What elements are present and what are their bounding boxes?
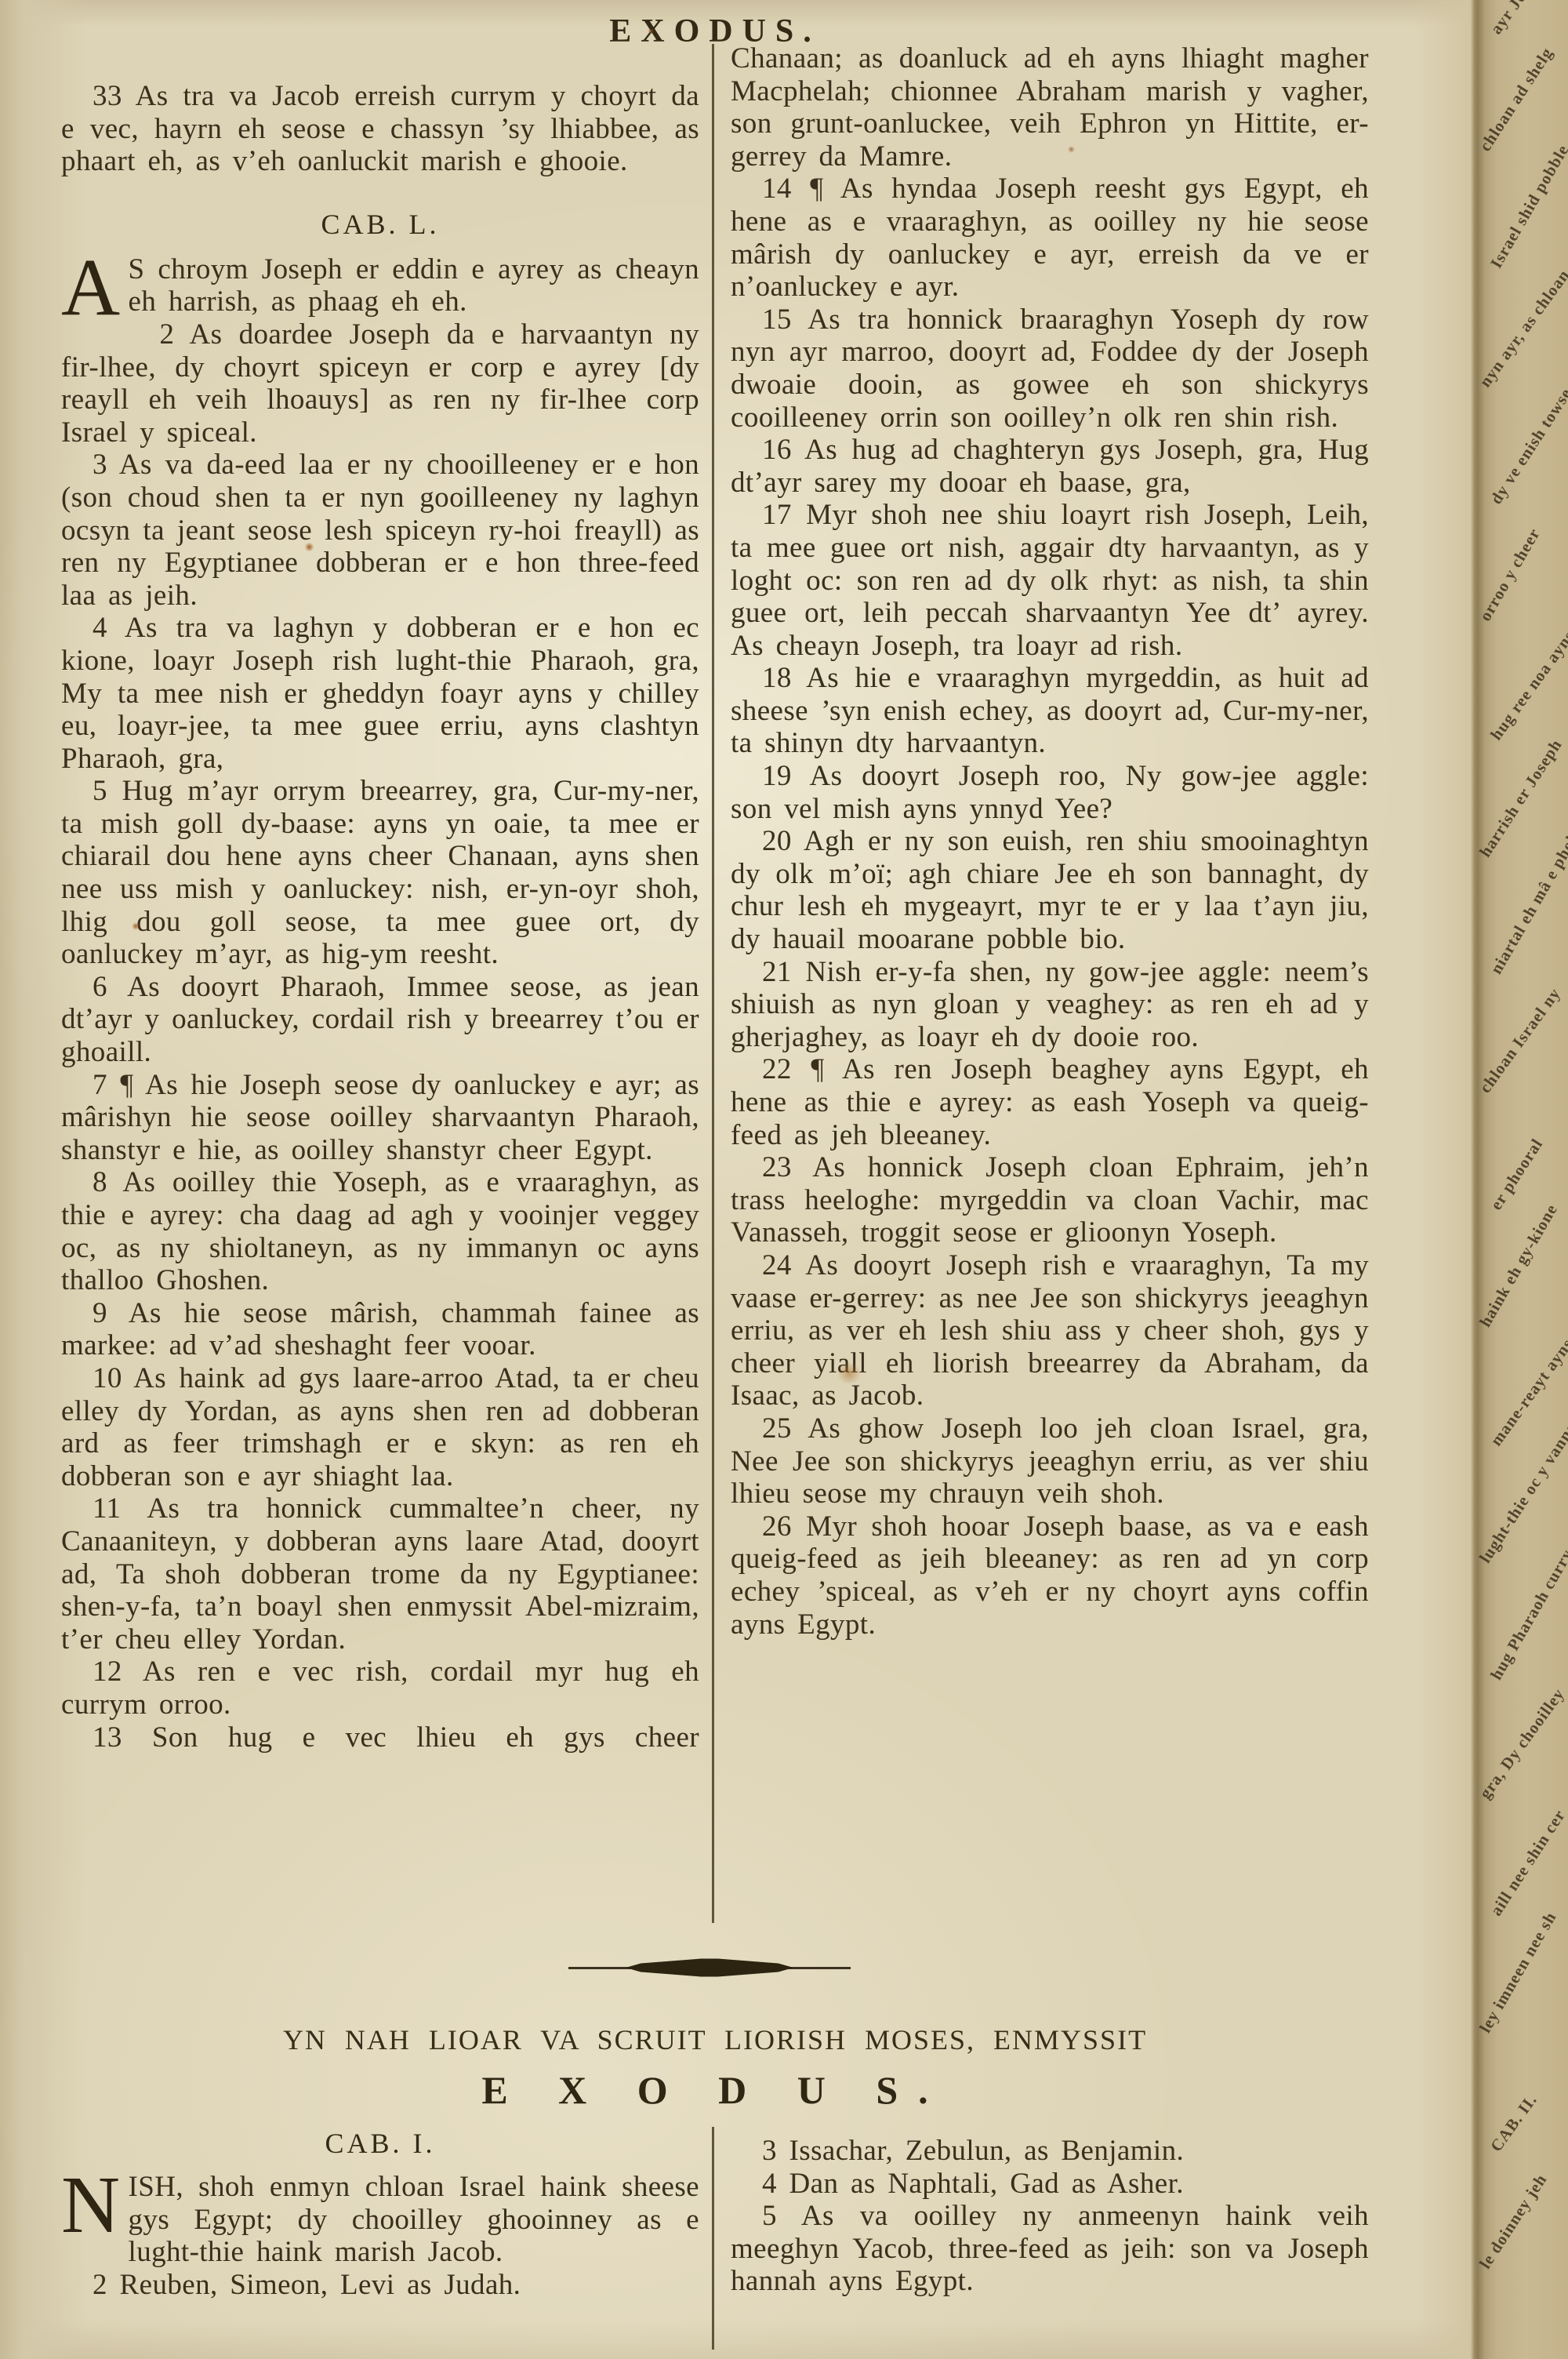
verse-paragraph: 10 As haink ad gys laare-arroo Atad, ta … (61, 1362, 699, 1492)
bottom-column-left: CAB. I.NISH, shoh enmyn chloan Israel ha… (61, 2127, 699, 2354)
next-page-edge: ayr Joseph ychloan ad shelgIsrael shid p… (1471, 0, 1568, 2359)
verse-paragraph: 25 As ghow Joseph loo jeh cloan Israel, … (731, 1412, 1369, 1510)
verse-paragraph: 15 As tra honnick braaraghyn Yoseph dy r… (731, 304, 1369, 434)
book-title: E X O D U S. (61, 2067, 1369, 2113)
verse-paragraph: 26 Myr shoh hooar Joseph baase, as va e … (731, 1510, 1369, 1641)
verse-paragraph: 13 Son hug e vec lhieu eh gys cheer (61, 1721, 699, 1754)
column-divider-rule (712, 44, 714, 1923)
verse-paragraph: 33 As tra va Jacob erreish currym y choy… (61, 80, 699, 178)
book-intro-line: YN NAH LIOAR VA SCRUIT LIORISH MOSES, EN… (61, 2023, 1369, 2056)
verse-paragraph: 6 As dooyrt Pharaoh, Immee seose, as jea… (61, 971, 699, 1069)
next-page-text-fragment: nyn ayr, as chloan ad (1475, 246, 1568, 391)
next-page-text-fragment: chloan Israel ny (1475, 984, 1565, 1097)
next-page-text-fragment: hug Pharaoh curry (1486, 1546, 1568, 1684)
verse-paragraph: 18 As hie e vraaraghyn myrgeddin, as hui… (731, 662, 1369, 760)
verse-paragraph: 16 As hug ad chaghteryn gys Joseph, gra,… (731, 434, 1369, 499)
verse-paragraph: 8 As ooilley thie Yoseph, as e vraaraghy… (61, 1166, 699, 1296)
verse-paragraph: 20 Agh er ny son euish, ren shiu smooina… (731, 825, 1369, 955)
verse-paragraph: 23 As honnick Joseph cloan Ephraim, jeh’… (731, 1151, 1369, 1249)
verse-paragraph: 21 Nish er-y-fa shen, ny gow-jee aggle: … (731, 956, 1369, 1054)
verse-paragraph: 3 As va da-eed laa er ny chooilleeney er… (61, 449, 699, 612)
verse-paragraph: 24 As dooyrt Joseph rish e vraaraghyn, T… (731, 1249, 1369, 1412)
bottom-column-divider-rule (712, 2127, 714, 2350)
next-page-text-fragment: haink eh gy-kione (1475, 1201, 1562, 1331)
verse-paragraph: 2 As doardee Joseph da e harvaantyn ny f… (61, 318, 699, 449)
verse-paragraph: 9 As hie seose mârish, chammah fainee as… (61, 1297, 699, 1362)
next-page-text-fragment: dy ve enish towse (1486, 384, 1568, 508)
chapter-heading: CAB. I. (61, 2127, 699, 2160)
next-page-text-fragment: mane-reayt ayns ny (1486, 1315, 1568, 1449)
verse-paragraph: 7 ¶ As hie Joseph seose dy oanluckey e a… (61, 1069, 699, 1167)
next-page-text-fragment: ayr Joseph y (1486, 0, 1560, 38)
verse-paragraph: 19 As dooyrt Joseph roo, Ny gow-jee aggl… (731, 760, 1369, 825)
verse-paragraph: 11 As tra honnick cummaltee’n cheer, ny … (61, 1492, 699, 1656)
verse-paragraph: AS chroym Joseph er eddin e ayrey as che… (61, 253, 699, 318)
verse-paragraph: Chanaan; as doanluck ad eh ayns lhiaght … (731, 42, 1369, 173)
section-divider-ornament (568, 1957, 851, 1978)
drop-cap-initial: A (61, 256, 121, 319)
verse-paragraph: 14 ¶ As hyndaa Joseph reesht gys Egypt, … (731, 173, 1369, 303)
verse-paragraph: 22 ¶ As ren Joseph beaghey ayns Egypt, e… (731, 1053, 1369, 1151)
verse-paragraph: 4 As tra va laghyn y dobberan er e hon e… (61, 612, 699, 775)
next-page-text-fragment: aill nee shin cer (1486, 1806, 1568, 1920)
text-column-right: Chanaan; as doanluck ad eh ayns lhiaght … (731, 42, 1369, 1926)
next-page-text-fragment: CAB. II. (1486, 2091, 1541, 2156)
scanned-book-page: ayr Joseph ychloan ad shelgIsrael shid p… (0, 0, 1568, 2359)
verse-paragraph: 17 Myr shoh nee shiu loayrt rish Joseph,… (731, 499, 1369, 662)
next-page-text-fragment: gra, Dy chooilley (1475, 1685, 1568, 1803)
verse-paragraph: 2 Reuben, Simeon, Levi as Judah. (61, 2269, 699, 2302)
next-page-text-fragment: ley imneen nee sh (1475, 1908, 1561, 2036)
drop-cap-initial: N (61, 2174, 121, 2237)
verse-paragraph: 5 As va ooilley ny anmeenyn haink veih m… (731, 2200, 1369, 2298)
next-page-text-fragment: orroo y cheer (1475, 525, 1544, 624)
next-page-text-fragment: le doinney jeh (1475, 2171, 1552, 2273)
chapter-heading: CAB. L. (61, 208, 699, 241)
verse-paragraph: NISH, shoh enmyn chloan Israel haink she… (61, 2171, 699, 2269)
verse-paragraph: 12 As ren e vec rish, cordail myr hug eh… (61, 1656, 699, 1721)
next-page-text-fragment: chloan ad shelg (1475, 44, 1557, 155)
bottom-column-right: 3 Issachar, Zebulun, as Benjamin.4 Dan a… (731, 2135, 1369, 2354)
next-page-text-fragment: er phooral (1486, 1135, 1547, 1213)
ornament-diamond (626, 1958, 793, 1977)
verse-paragraph: 3 Issachar, Zebulun, as Benjamin. (731, 2135, 1369, 2168)
verse-paragraph: 4 Dan as Naphtali, Gad as Asher. (731, 2168, 1369, 2201)
text-column-left: 33 As tra va Jacob erreish currym y choy… (61, 80, 699, 1925)
verse-paragraph: 5 Hug m’ayr orrym breearrey, gra, Cur-my… (61, 775, 699, 971)
next-page-text-fragment: harrish er Joseph (1475, 736, 1566, 861)
next-page-text-fragment: Israel shid pobble (1486, 141, 1568, 272)
